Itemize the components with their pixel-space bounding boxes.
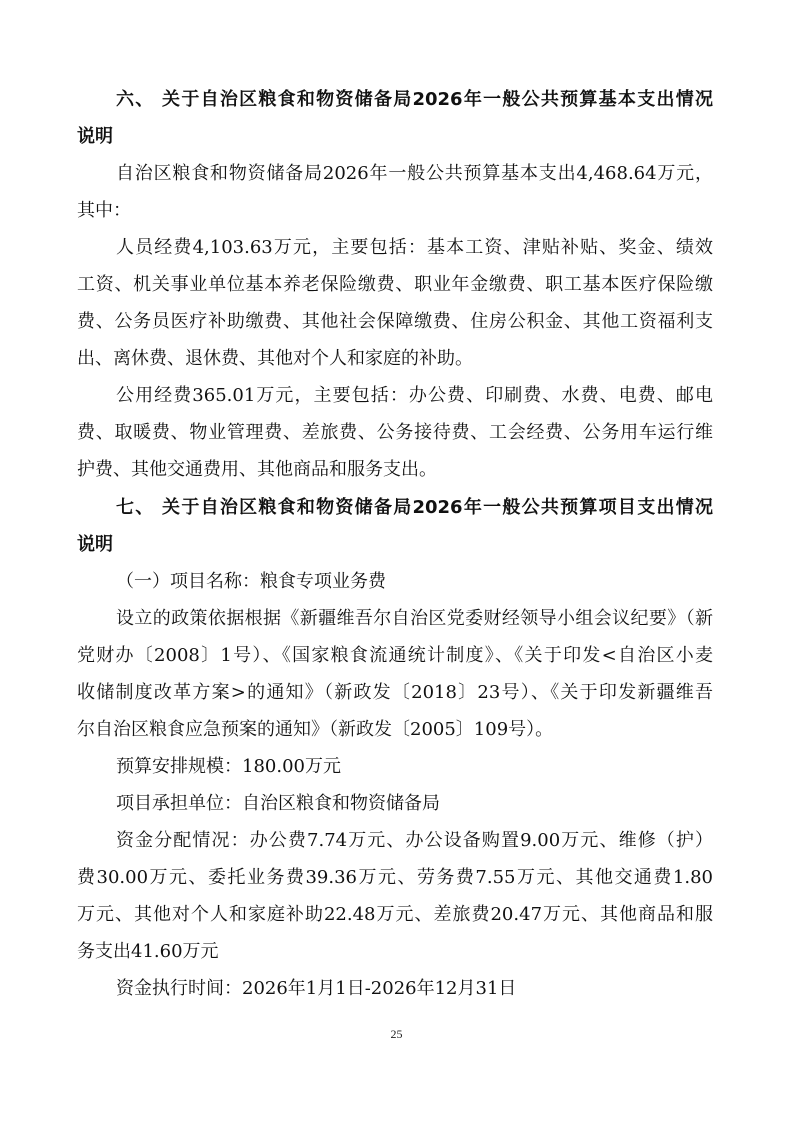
- paragraph-line: 公用经费365.01万元，主要包括：办公费、印刷费、水费、电费、邮电: [116, 385, 713, 407]
- paragraph-line: 设立的政策依据根据《新疆维吾尔自治区党委财经领导小组会议纪要》（新: [116, 608, 713, 630]
- section-heading-line: 七、 关于自治区粮食和物资储备局2026年一般公共预算项目支出情况: [116, 497, 713, 519]
- paragraph-line: 收储制度改革方案>的通知》（新政发〔2018〕23号）、《关于印发新疆维吾: [77, 682, 713, 704]
- paragraph-line: 其中：: [77, 200, 713, 222]
- paragraph-line: 出、离休费、退休费、其他对个人和家庭的补助。: [77, 348, 713, 370]
- page-number: 25: [0, 1027, 793, 1042]
- paragraph-line: 护费、其他交通费用、其他商品和服务支出。: [77, 459, 713, 481]
- paragraph-line: 费、公务员医疗补助缴费、其他社会保障缴费、住房公积金、其他工资福利支: [77, 311, 713, 333]
- paragraph-line: 人员经费4,103.63万元，主要包括：基本工资、津贴补贴、奖金、绩效: [116, 237, 713, 259]
- paragraph-line: （一）项目名称：粮食专项业务费: [116, 571, 713, 593]
- paragraph-line: 务支出41.60万元: [77, 941, 713, 963]
- section-heading-line: 说明: [77, 126, 713, 148]
- paragraph-line: 万元、其他对个人和家庭补助22.48万元、差旅费20.47万元、其他商品和服: [77, 904, 713, 926]
- paragraph-line: 项目承担单位：自治区粮食和物资储备局: [116, 793, 713, 815]
- section-heading-line: 说明: [77, 534, 713, 556]
- paragraph-line: 费、取暖费、物业管理费、差旅费、公务接待费、工会经费、公务用车运行维: [77, 422, 713, 444]
- paragraph-line: 工资、机关事业单位基本养老保险缴费、职业年金缴费、职工基本医疗保险缴: [77, 274, 713, 296]
- paragraph-line: 尔自治区粮食应急预案的通知》（新政发〔2005〕109号）。: [77, 719, 713, 741]
- paragraph-line: 资金执行时间：2026年1月1日-2026年12月31日: [116, 978, 713, 1000]
- document-page: 六、 关于自治区粮食和物资储备局2026年一般公共预算基本支出情况说明自治区粮食…: [0, 0, 793, 1122]
- paragraph-line: 预算安排规模：180.00万元: [116, 756, 713, 778]
- section-heading-line: 六、 关于自治区粮食和物资储备局2026年一般公共预算基本支出情况: [116, 89, 713, 111]
- paragraph-line: 自治区粮食和物资储备局2026年一般公共预算基本支出4,468.64万元，: [116, 163, 713, 185]
- paragraph-line: 党财办〔2008〕1号）、《国家粮食流通统计制度》、《关于印发<自治区小麦: [77, 645, 713, 667]
- paragraph-line: 费30.00万元、委托业务费39.36万元、劳务费7.55万元、其他交通费1.8…: [77, 867, 713, 889]
- paragraph-line: 资金分配情况：办公费7.74万元、办公设备购置9.00万元、维修（护）: [116, 830, 713, 852]
